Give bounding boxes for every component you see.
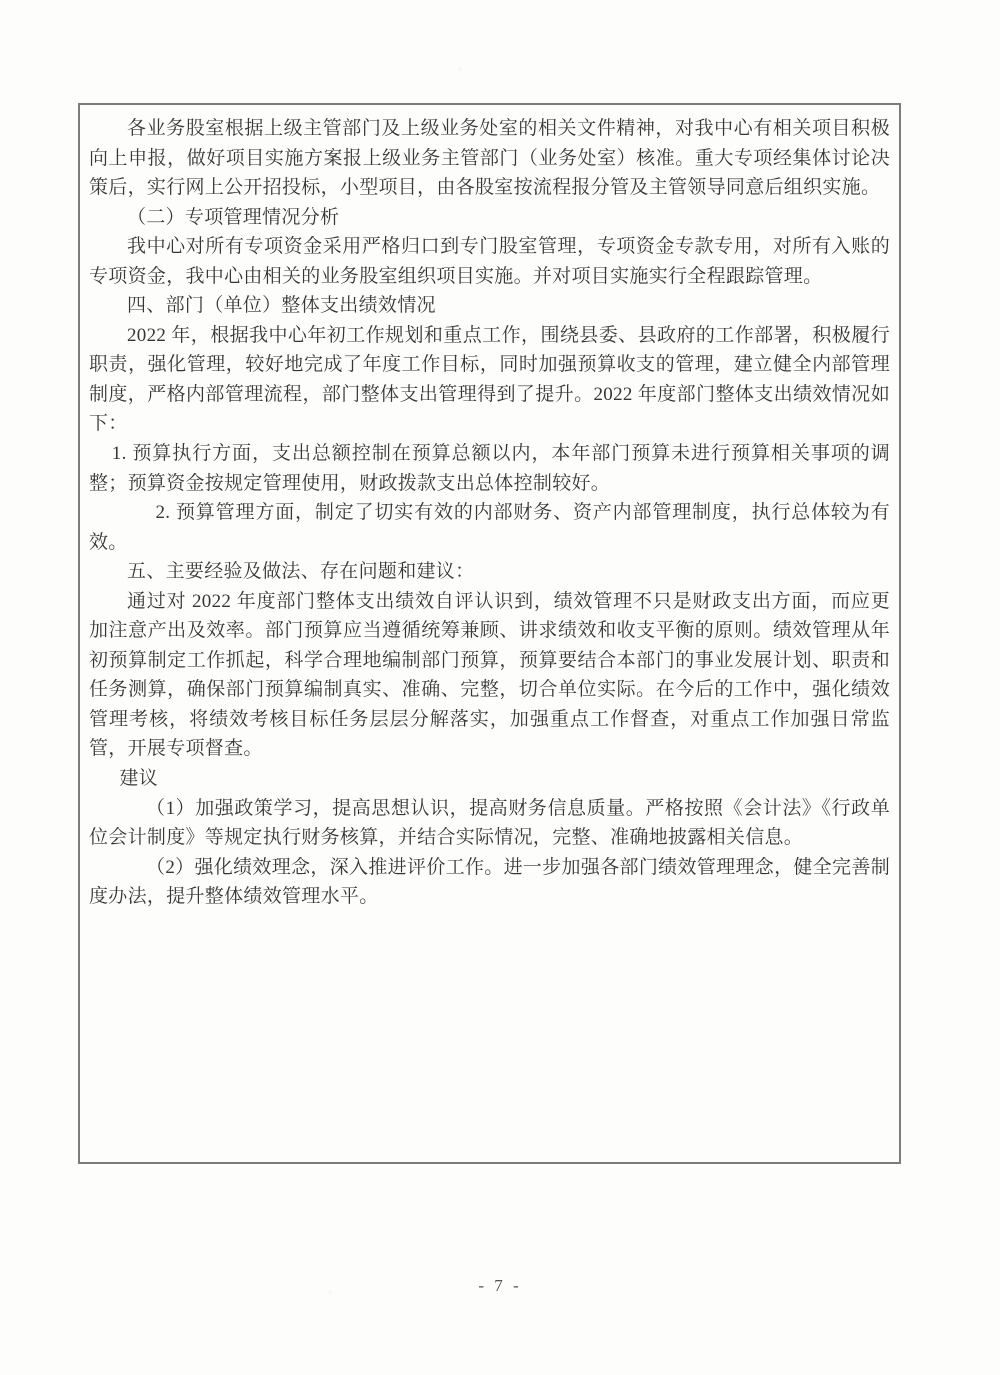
document-page: 各业务股室根据上级主管部门及上级业务处室的相关文件精神，对我中心有相关项目积极向… [0, 0, 1000, 1375]
paragraph-label: 建议 [89, 764, 890, 794]
paragraph-heading: （二）专项管理情况分析 [89, 203, 890, 233]
content-border-box: 各业务股室根据上级主管部门及上级业务处室的相关文件精神，对我中心有相关项目积极向… [78, 103, 901, 1164]
page-number: - 7 - [0, 1276, 1000, 1296]
paragraph-body: 我中心对所有专项资金采用严格归口到专门股室管理，专项资金专款专用，对所有入账的专… [89, 232, 890, 291]
paragraph-heading: 五、主要经验及做法、存在问题和建议： [89, 557, 890, 587]
paragraph-num2: 2. 预算管理方面，制定了切实有效的内部财务、资产内部管理制度，执行总体较为有效… [89, 498, 890, 557]
paragraph-item: （2）强化绩效理念，深入推进评价工作。进一步加强各部门绩效管理理念，健全完善制度… [89, 853, 890, 912]
paragraph-body: 各业务股室根据上级主管部门及上级业务处室的相关文件精神，对我中心有相关项目积极向… [89, 114, 890, 203]
paragraph-heading: 四、部门（单位）整体支出绩效情况 [89, 291, 890, 321]
paragraph-item: （1）加强政策学习，提高思想认识，提高财务信息质量。严格按照《会计法》《行政单位… [89, 794, 890, 853]
paragraph-body: 通过对 2022 年度部门整体支出绩效自评认识到，绩效管理不只是财政支出方面，而… [89, 587, 890, 764]
paragraph-body: 2022 年，根据我中心年初工作规划和重点工作，围绕县委、县政府的工作部署，积极… [89, 321, 890, 439]
document-body: 各业务股室根据上级主管部门及上级业务处室的相关文件精神，对我中心有相关项目积极向… [89, 114, 890, 912]
paragraph-num1: 1. 预算执行方面，支出总额控制在预算总额以内，本年部门预算未进行预算相关事项的… [89, 439, 890, 498]
